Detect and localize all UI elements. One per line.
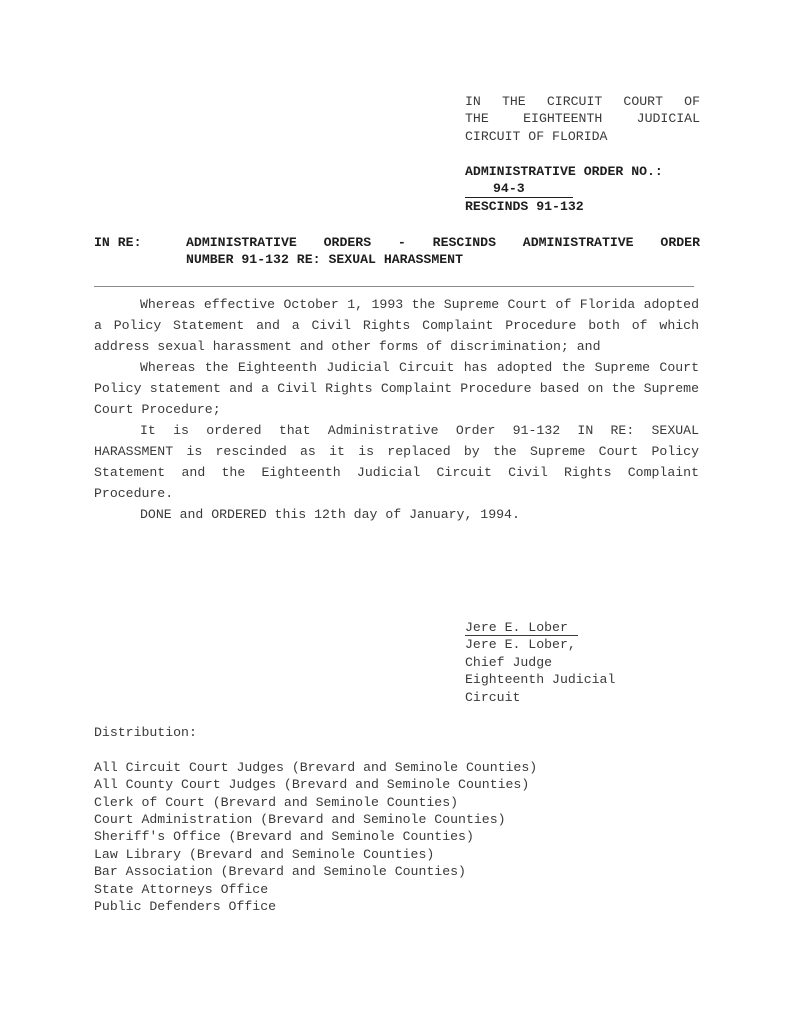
distribution-list: Distribution: All Circuit Court Judges (… <box>94 724 714 915</box>
signature-block: Jere E. Lober Jere E. Lober, Chief Judge… <box>465 619 705 706</box>
order-number: 94-3 <box>465 181 573 197</box>
signer-line: Chief Judge <box>465 654 705 671</box>
court-caption: IN THE CIRCUIT COURT OF THE EIGHTEENTH J… <box>465 93 700 145</box>
order-label: ADMINISTRATIVE ORDER NO.: <box>465 163 700 180</box>
distribution-item: All County Court Judges (Brevard and Sem… <box>94 776 714 793</box>
caption-line: CIRCUIT OF FLORIDA <box>465 128 700 145</box>
distribution-item: Law Library (Brevard and Seminole Counti… <box>94 846 714 863</box>
in-re-line: NUMBER 91-132 RE: SEXUAL HARASSMENT <box>186 252 463 267</box>
distribution-item: Sheriff's Office (Brevard and Seminole C… <box>94 828 714 845</box>
in-re-subject: ADMINISTRATIVE ORDERS - RESCINDS ADMINIS… <box>186 234 700 269</box>
body-paragraph: Whereas effective October 1, 1993 the Su… <box>94 294 699 357</box>
in-re-line: ADMINISTRATIVE ORDERS - RESCINDS ADMINIS… <box>186 234 700 251</box>
distribution-item: State Attorneys Office <box>94 881 714 898</box>
signature: Jere E. Lober <box>465 620 578 636</box>
body-paragraph: It is ordered that Administrative Order … <box>94 420 699 504</box>
distribution-item: Public Defenders Office <box>94 898 714 915</box>
body-paragraph: Whereas the Eighteenth Judicial Circuit … <box>94 357 699 420</box>
rescinds-line: RESCINDS 91-132 <box>465 198 700 215</box>
caption-line: IN THE CIRCUIT COURT OF <box>465 93 700 110</box>
distribution-item: Court Administration (Brevard and Semino… <box>94 811 714 828</box>
signer-line: Jere E. Lober, <box>465 636 705 653</box>
distribution-heading: Distribution: <box>94 724 714 741</box>
distribution-item: Clerk of Court (Brevard and Seminole Cou… <box>94 794 714 811</box>
order-body: Whereas effective October 1, 1993 the Su… <box>94 294 699 525</box>
order-block: ADMINISTRATIVE ORDER NO.: 94-3 RESCINDS … <box>465 163 700 215</box>
in-re-label: IN RE: <box>94 234 141 251</box>
distribution-item: All Circuit Court Judges (Brevard and Se… <box>94 759 714 776</box>
distribution-item: Bar Association (Brevard and Seminole Co… <box>94 863 714 880</box>
caption-line: THE EIGHTEENTH JUDICIAL <box>465 110 700 127</box>
divider <box>94 286 694 287</box>
body-paragraph: DONE and ORDERED this 12th day of Januar… <box>94 504 699 525</box>
signer-line: Circuit <box>465 689 705 706</box>
document-page: IN THE CIRCUIT COURT OF THE EIGHTEENTH J… <box>0 0 791 1024</box>
signer-line: Eighteenth Judicial <box>465 671 705 688</box>
